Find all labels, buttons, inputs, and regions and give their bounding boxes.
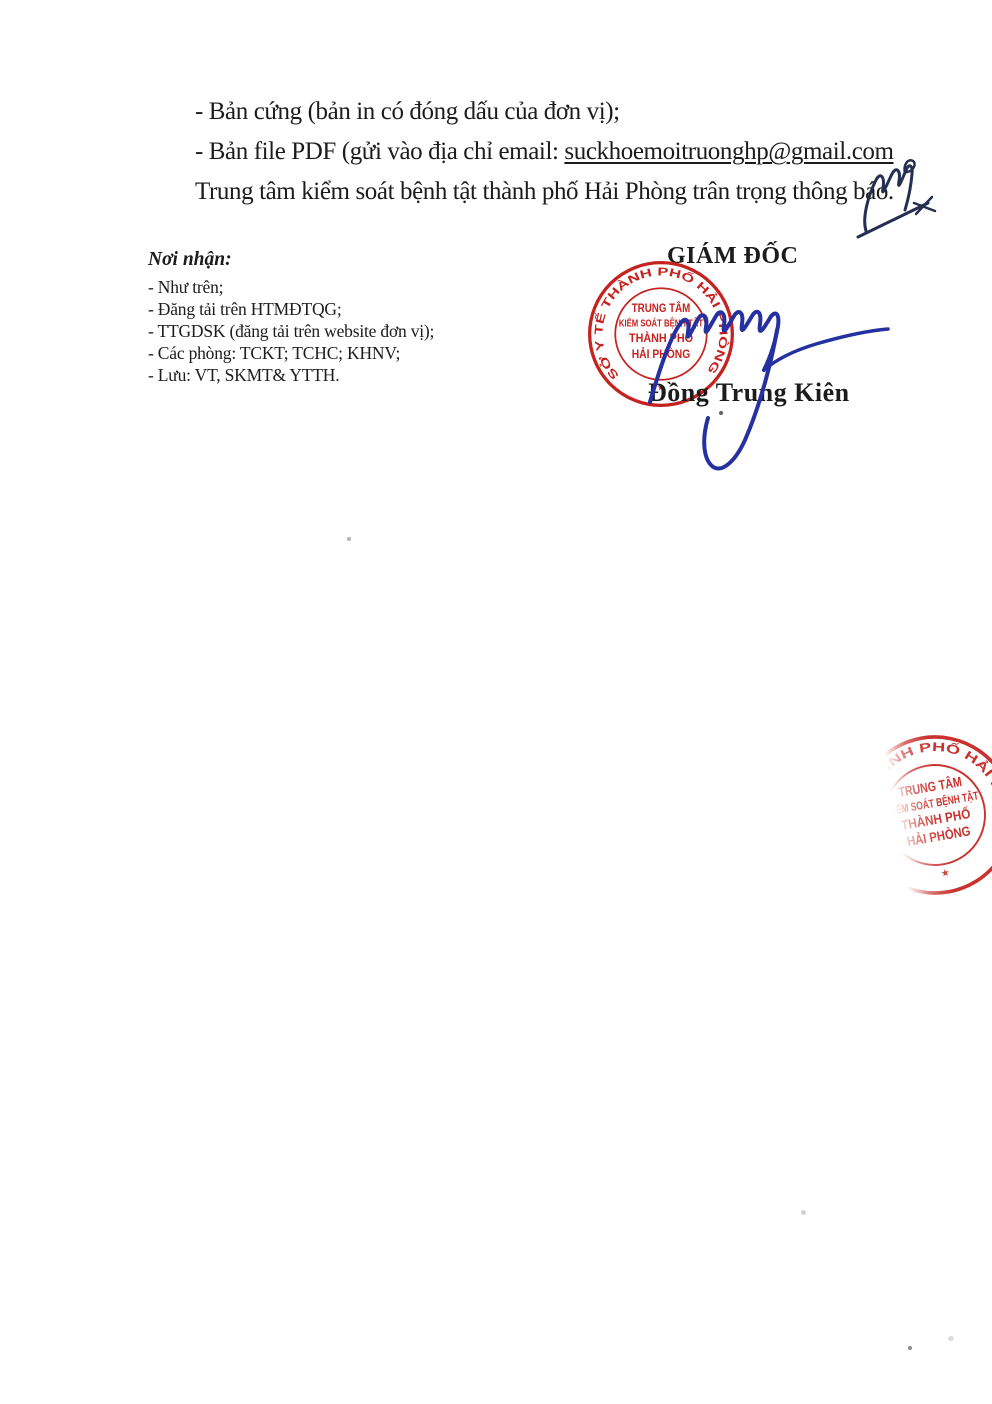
- official-seal-partial: SỞ Y TẾ THÀNH PHỐ HẢI PHÒNG TRUNG TÂM KI…: [840, 720, 992, 910]
- body-line-1: - Bản cứng (bản in có đóng dấu của đơn v…: [195, 92, 915, 132]
- scan-speck: [347, 537, 351, 541]
- seal-center-line-1: TRUNG TÂM: [632, 300, 691, 315]
- partial-seal-wrap: SỞ Y TẾ THÀNH PHỐ HẢI PHÒNG TRUNG TÂM KI…: [840, 720, 992, 910]
- signer-name: Đồng Trung Kiên: [648, 378, 850, 408]
- recipient-item: - Như trên;: [148, 276, 488, 298]
- scan-speck: [908, 1346, 912, 1350]
- seal-center-line-2: KIỂM SOÁT BỆNH TẬT: [619, 317, 704, 330]
- seal-center-line-4: HẢI PHÒNG: [632, 346, 691, 361]
- body-line-2: - Bản file PDF (gửi vào địa chỉ email: s…: [195, 132, 915, 172]
- recipient-item: - TTGDSK (đăng tải trên website đơn vị);: [148, 320, 488, 342]
- recipients-block: Nơi nhận: - Như trên; - Đăng tải trên HT…: [148, 249, 488, 386]
- recipient-item: - Đăng tải trên HTMĐTQG;: [148, 298, 488, 320]
- email-link[interactable]: suckhoemoitruonghp@gmail.com: [564, 138, 893, 165]
- document-page: - Bản cứng (bản in có đóng dấu của đơn v…: [0, 0, 992, 1404]
- scan-speck: [801, 1210, 806, 1215]
- scan-speck: [948, 1336, 954, 1341]
- recipient-item: - Các phòng: TCKT; TCHC; KHNV;: [148, 342, 488, 364]
- notice-body: - Bản cứng (bản in có đóng dấu của đơn v…: [195, 92, 915, 212]
- recipients-heading: Nơi nhận:: [148, 249, 488, 271]
- recipient-item: - Lưu: VT, SKMT& YTTH.: [148, 364, 488, 386]
- seal-center-line-3: THÀNH PHỐ: [629, 330, 693, 345]
- body-line-3: Trung tâm kiểm soát bệnh tật thành phố H…: [195, 172, 915, 212]
- body-line-2-prefix: - Bản file PDF (gửi vào địa chỉ email:: [195, 138, 564, 165]
- seal-star-icon: ★: [940, 867, 951, 879]
- scan-speck: [719, 411, 723, 415]
